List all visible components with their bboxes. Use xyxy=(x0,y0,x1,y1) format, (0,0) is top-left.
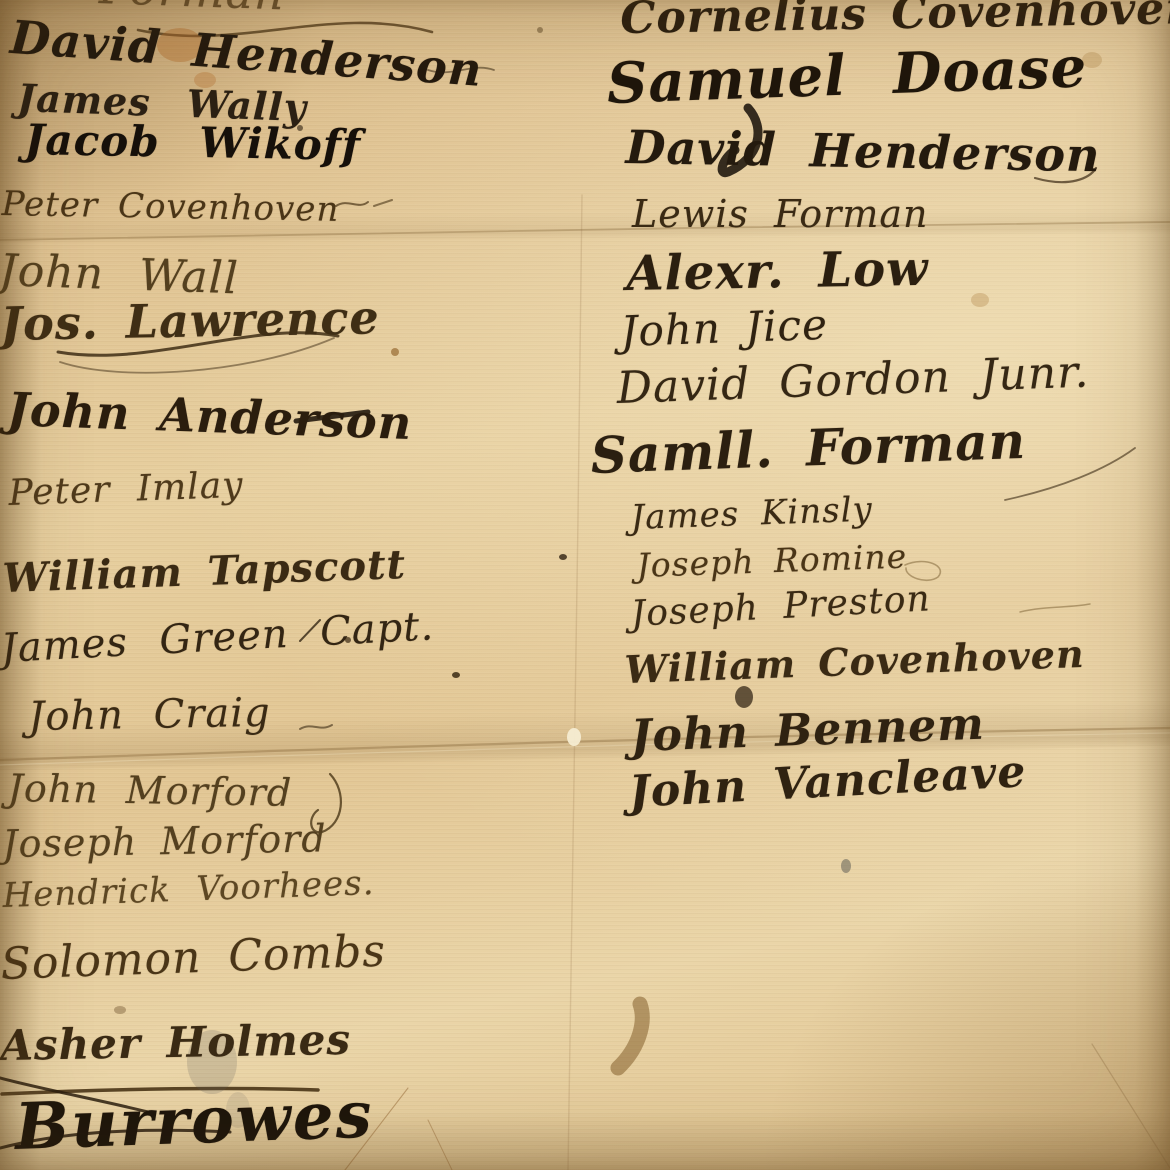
signature-right-3: Lewis Forman xyxy=(632,196,928,232)
signature-column-right: Cornelius CovenhovenSamuel DoaseDavid He… xyxy=(0,0,1170,1170)
signature-right-7: Samll. Forman xyxy=(590,417,1027,480)
signature-right-11: William Covenhoven xyxy=(624,636,1085,688)
signature-right-0: Cornelius Covenhoven xyxy=(620,0,1170,40)
signature-right-6: David Gordon Junr. xyxy=(616,352,1090,410)
signature-right-4: Alexr. Low xyxy=(626,247,929,298)
signature-right-2: David Henderson xyxy=(625,126,1101,178)
signature-right-10: Joseph Preston xyxy=(630,582,931,632)
signature-right-9: Joseph Romine xyxy=(636,541,908,582)
signature-right-13: John Vancleave xyxy=(628,751,1027,814)
signature-right-8: James Kinsly xyxy=(630,494,873,535)
signature-right-1: Samuel Doase xyxy=(606,41,1088,111)
manuscript-page: FormanDavid HendersonJames WallyJacob Wi… xyxy=(0,0,1170,1170)
signature-right-5: John Jice xyxy=(620,305,829,352)
signature-right-12: John Bennem xyxy=(630,704,985,758)
